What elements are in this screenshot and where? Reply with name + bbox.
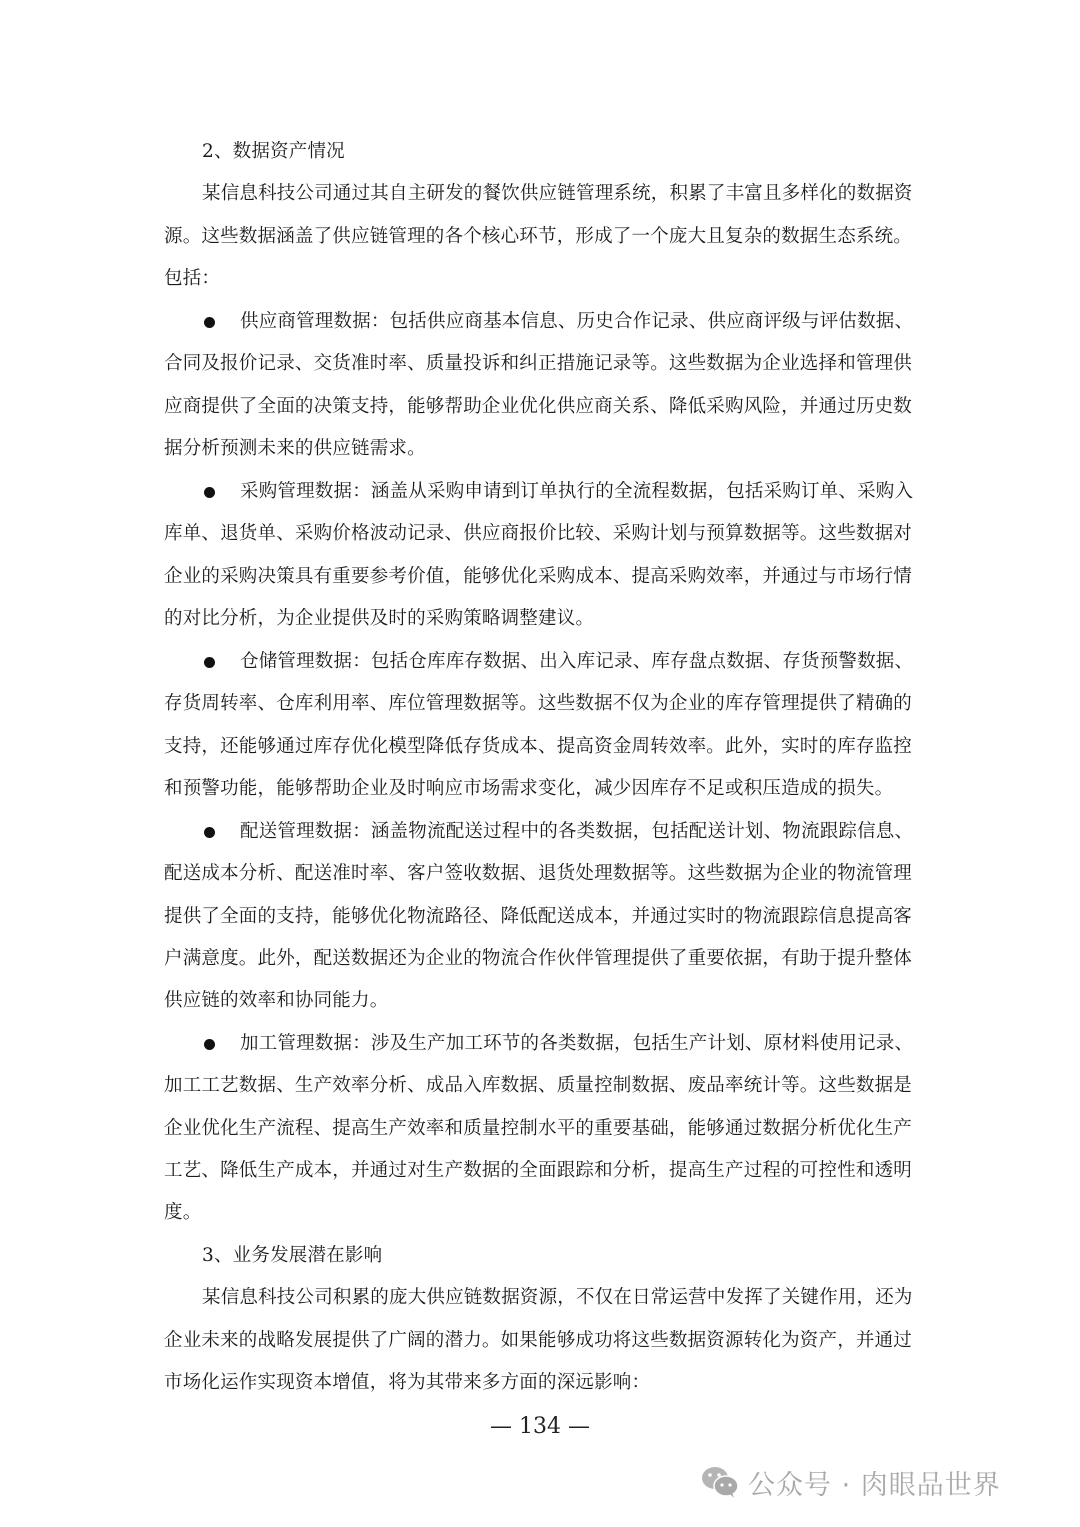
paragraph-line: 某信息科技公司积累的庞大供应链数据资源，不仅在日常运营中发挥了关键作用，还为	[202, 1277, 913, 1319]
bullet-line: 的对比分析，为企业提供及时的采购策略调整建议。	[164, 598, 594, 640]
section-heading: 3、业务发展潜在影响	[202, 1235, 382, 1277]
bullet-line: 配送管理数据：涵盖物流配送过程中的各类数据，包括配送计划、物流跟踪信息、	[240, 811, 913, 853]
page-number: — 134 —	[0, 1414, 1080, 1439]
wechat-icon	[700, 1465, 740, 1499]
bullet-line: 据分析预测未来的供应链需求。	[164, 428, 426, 470]
bullet-line: 应商提供了全面的决策支持，能够帮助企业优化供应商关系、降低采购风险，并通过历史数	[164, 386, 912, 428]
bullet-line: 提供了全面的支持，能够优化物流路径、降低配送成本，并通过实时的物流跟踪信息提高客	[164, 896, 912, 938]
paragraph-line: 某信息科技公司通过其自主研发的餐饮供应链管理系统，积累了丰富且多样化的数据资	[202, 173, 913, 215]
bullet-line: 支持，还能够通过库存优化模型降低存货成本、提高资金周转效率。此外，实时的库存监控	[164, 726, 912, 768]
bullet-line: 户满意度。此外，配送数据还为企业的物流合作伙伴管理提供了重要依据，有助于提升整体	[164, 938, 912, 980]
bullet-icon	[204, 657, 215, 668]
paragraph-line: 源。这些数据涵盖了供应链管理的各个核心环节，形成了一个庞大且复杂的数据生态系统。	[164, 216, 912, 258]
bullet-line: 供应商管理数据：包括供应商基本信息、历史合作记录、供应商评级与评估数据、	[240, 301, 913, 343]
watermark: 公众号 · 肉眼品世界	[700, 1462, 1001, 1502]
bullet-icon	[204, 1039, 215, 1050]
bullet-icon	[204, 827, 215, 838]
bullet-line: 度。	[164, 1192, 201, 1234]
paragraph-line: 包括：	[164, 258, 220, 300]
bullet-line: 加工工艺数据、生产效率分析、成品入库数据、质量控制数据、废品率统计等。这些数据是	[164, 1065, 912, 1107]
paragraph-line: 市场化运作实现资本增值，将为其带来多方面的深远影响：	[164, 1362, 650, 1404]
section-heading: 2、数据资产情况	[202, 131, 345, 173]
bullet-line: 工艺、降低生产成本，并通过对生产数据的全面跟踪和分析，提高生产过程的可控性和透明	[164, 1150, 912, 1192]
bullet-icon	[204, 487, 215, 498]
bullet-line: 仓储管理数据：包括仓库库存数据、出入库记录、库存盘点数据、存货预警数据、	[240, 641, 913, 683]
bullet-line: 企业的采购决策具有重要参考价值，能够优化采购成本、提高采购效率，并通过与市场行情	[164, 556, 912, 598]
bullet-line: 存货周转率、仓库利用率、库位管理数据等。这些数据不仅为企业的库存管理提供了精确的	[164, 683, 912, 725]
bullet-icon	[204, 317, 215, 328]
bullet-line: 合同及报价记录、交货准时率、质量投诉和纠正措施记录等。这些数据为企业选择和管理供	[164, 343, 912, 385]
bullet-line: 加工管理数据：涉及生产加工环节的各类数据，包括生产计划、原材料使用记录、	[240, 1023, 913, 1065]
bullet-line: 采购管理数据：涵盖从采购申请到订单执行的全流程数据，包括采购订单、采购入	[240, 471, 913, 513]
bullet-line: 和预警功能，能够帮助企业及时响应市场需求变化，减少因库存不足或积压造成的损失。	[164, 768, 893, 810]
paragraph-line: 企业未来的战略发展提供了广阔的潜力。如果能够成功将这些数据资源转化为资产，并通过	[164, 1320, 912, 1362]
watermark-text: 公众号 · 肉眼品世界	[748, 1463, 1001, 1502]
bullet-line: 供应链的效率和协同能力。	[164, 980, 388, 1022]
bullet-line: 库单、退货单、采购价格波动记录、供应商报价比较、采购计划与预算数据等。这些数据对	[164, 513, 912, 555]
bullet-line: 企业优化生产流程、提高生产效率和质量控制水平的重要基础，能够通过数据分析优化生产	[164, 1108, 912, 1150]
bullet-line: 配送成本分析、配送准时率、客户签收数据、退货处理数据等。这些数据为企业的物流管理	[164, 853, 912, 895]
